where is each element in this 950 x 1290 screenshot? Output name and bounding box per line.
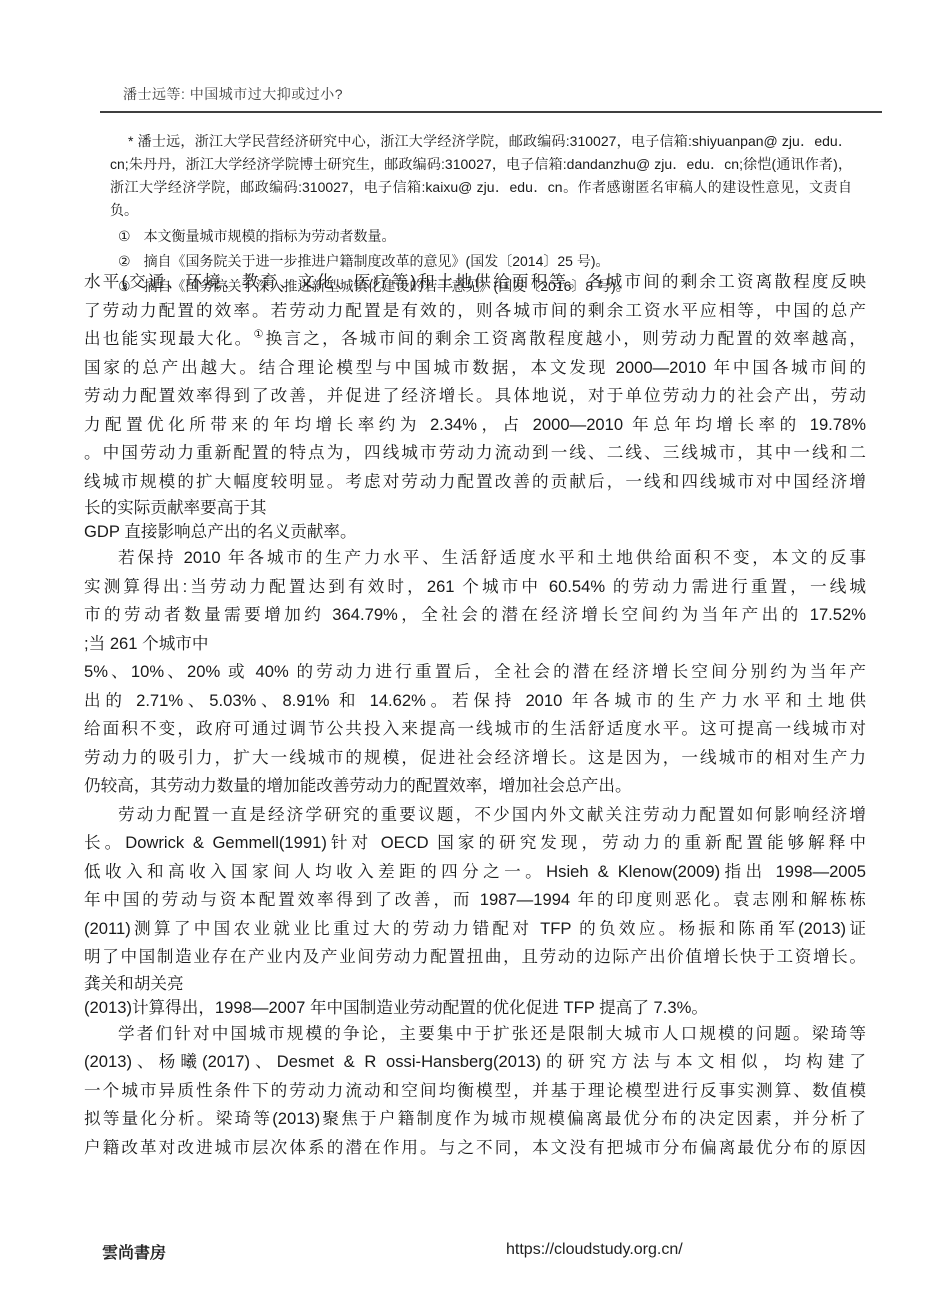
- document-page: 潘士远等: 中国城市过大抑或过小? * 潘士远，浙江大学民营经济研究中心，浙江大…: [0, 0, 950, 1290]
- body-text-line: 劳动力的吸引力，扩大一线城市的规模，促进社会经济增长。这是因为，一线城市的相对生…: [84, 744, 866, 773]
- body-text-line: 实测算得出:当劳动力配置达到有效时，261 个城市中 60.54% 的劳动力需进…: [84, 573, 866, 602]
- body-text-line: 户籍改革对改进城市层次体系的潜在作用。与之不同，本文没有把城市分布偏离最优分布的…: [84, 1134, 866, 1163]
- body-text-line: 国家的总产出越大。结合理论模型与中国城市数据，本文发现 2000—2010 年中…: [84, 354, 866, 383]
- body-text-line: 仍较高，其劳动力数量的增加能改善劳动力的配置效率，增加社会总产出。: [84, 772, 866, 801]
- footnote-author-note: * 潘士远，浙江大学民营经济研究中心，浙江大学经济学院，邮政编码:310027，…: [110, 130, 852, 222]
- body-text-line: 。中国劳动力重新配置的特点为，四线城市劳动力流动到一线、二线、三线城市，其中一线…: [84, 439, 866, 468]
- body-text-line: (2013)、杨曦(2017)、Desmet & R ossi-Hansberg…: [84, 1048, 866, 1077]
- body-text-line: 出也能实现最大化。①换言之，各城市间的剩余工资离散程度越小，则劳动力配置的效率越…: [84, 325, 866, 354]
- footer-url-link[interactable]: https://cloudstudy.org.cn/: [506, 1241, 683, 1259]
- body-text-line: (2011)测算了中国农业就业比重过大的劳动力错配对 TFP 的负效应。杨振和陈…: [84, 915, 866, 944]
- body-text-line: 年中国的劳动与资本配置效率得到了改善，而 1987—1994 年的印度则恶化。袁…: [84, 886, 866, 915]
- body-text-line: 出的 2.71%、5.03%、8.91% 和 14.62%。若保持 2010 年…: [84, 687, 866, 716]
- footnote-text: 本文衡量城市规模的指标为劳动者数量。: [144, 224, 396, 249]
- body-text-line: ;当 261 个城市中: [84, 630, 866, 659]
- body-text-line: 劳动力配置效率得到了改善，并促进了经济增长。具体地说，对于单位劳动力的社会产出，…: [84, 382, 866, 411]
- body-text-line: 拟等量化分析。梁琦等(2013)聚焦于户籍制度作为城市规模偏离最优分布的决定因素…: [84, 1105, 866, 1134]
- footer-brand: 雲尚書房: [102, 1240, 166, 1263]
- body-text-line: 力配置优化所带来的年均增长率约为 2.34%，占 2000—2010 年总年均增…: [84, 411, 866, 440]
- footnote-author-line: cn;朱丹丹，浙江大学经济学院博士研究生，邮政编码:310027，电子信箱:da…: [110, 153, 852, 176]
- body-text-line: 线城市规模的扩大幅度较明显。考虑对劳动力配置改善的贡献后，一线和四线城市对中国经…: [84, 468, 866, 497]
- footnote-author-line: 浙江大学经济学院，邮政编码:310027，电子信箱:kaixu@ zju．edu…: [110, 176, 852, 222]
- footnote-author-line: * 潘士远，浙江大学民营经济研究中心，浙江大学经济学院，邮政编码:310027，…: [110, 130, 852, 153]
- body-text-line: 明了中国制造业存在产业内及产业间劳动力配置扭曲，且劳动的边际产出价值增长快于工资…: [84, 943, 866, 972]
- body-text-line: 龚关和胡关亮: [84, 972, 866, 996]
- footnote-item: ① 本文衡量城市规模的指标为劳动者数量。: [110, 224, 852, 249]
- body-text-line: (2013)计算得出，1998—2007 年中国制造业劳动配置的优化促进 TFP…: [84, 996, 866, 1020]
- body-text-line: 给面积不变，政府可通过调节公共投入来提高一线城市的生活舒适度水平。这可提高一线城…: [84, 715, 866, 744]
- running-header-title: 潘士远等: 中国城市过大抑或过小?: [123, 84, 343, 104]
- body-text-line: 了劳动力配置的效率。若劳动力配置是有效的，则各城市间的剩余工资水平应相等，中国的…: [84, 297, 866, 326]
- body-text-line: 市的劳动者数量需要增加约 364.79%，全社会的潜在经济增长空间约为当年产出的…: [84, 601, 866, 630]
- body-text-line: 若保持 2010 年各城市的生产力水平、生活舒适度水平和土地供给面积不变，本文的…: [84, 544, 866, 573]
- footnote-marker: ①: [118, 224, 131, 249]
- body-text-line: 一个城市异质性条件下的劳动力流动和空间均衡模型，并基于理论模型进行反事实测算、数…: [84, 1077, 866, 1106]
- body-text-line: 低收入和高收入国家间人均收入差距的四分之一。Hsieh & Klenow(200…: [84, 858, 866, 887]
- article-body: 水平(交通、环境、教育、文化、医疗等)和土地供给面积等。各城市间的剩余工资离散程…: [84, 268, 866, 1162]
- body-text-line: 长。Dowrick & Gemmell(1991)针对 OECD 国家的研究发现…: [84, 829, 866, 858]
- body-text-line: 5%、10%、20% 或 40% 的劳动力进行重置后，全社会的潜在经济增长空间分…: [84, 658, 866, 687]
- header-divider: [100, 111, 882, 113]
- body-text-line: 学者们针对中国城市规模的争论，主要集中于扩张还是限制大城市人口规模的问题。梁琦等: [84, 1020, 866, 1049]
- body-text-line: 劳动力配置一直是经济学研究的重要议题，不少国内外文献关注劳动力配置如何影响经济增: [84, 801, 866, 830]
- body-text-line: 长的实际贡献率要高于其: [84, 496, 866, 520]
- body-text-line: GDP 直接影响总产出的名义贡献率。: [84, 520, 866, 544]
- body-text-line: 水平(交通、环境、教育、文化、医疗等)和土地供给面积等。各城市间的剩余工资离散程…: [84, 268, 866, 297]
